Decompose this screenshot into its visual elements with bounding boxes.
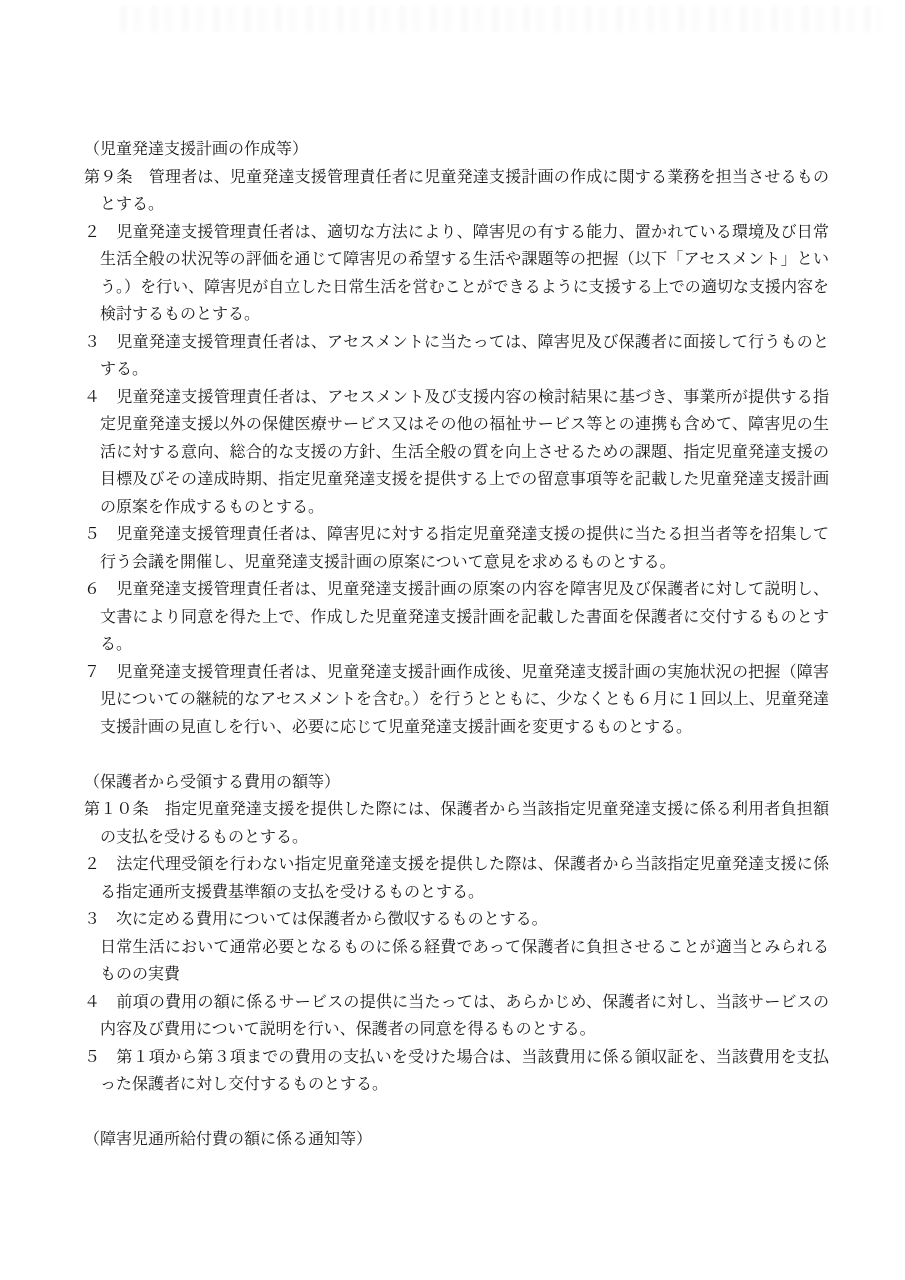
document-content: （児童発達支援計画の作成等） 第９条 管理者は、児童発達支援管理責任者に児童発達… (84, 136, 829, 1154)
section-heading-article-11: （障害児通所給付費の額に係る通知等） (84, 1126, 829, 1154)
section-heading-article-10: （保護者から受領する費用の額等） (84, 769, 829, 797)
article-10-paragraph-3: ３ 次に定める費用については保護者から徴収するものとする。 (84, 906, 829, 934)
article-9-paragraph-6: ６ 児童発達支援管理責任者は、児童発達支援計画の原案の内容を障害児及び保護者に対… (84, 576, 829, 659)
section-article-10: （保護者から受領する費用の額等） 第１０条 指定児童発達支援を提供した際には、保… (84, 769, 829, 1099)
document-page: （児童発達支援計画の作成等） 第９条 管理者は、児童発達支援管理責任者に児童発達… (0, 0, 905, 1280)
article-10-paragraph-3-subclause: 日常生活において通常必要となるものに係る経費であって保護者に負担させることが適当… (84, 934, 829, 989)
article-10-paragraph-2: ２ 法定代理受領を行わない指定児童発達支援を提供した際は、保護者から当該指定児童… (84, 851, 829, 906)
article-9-paragraph-2: ２ 児童発達支援管理責任者は、適切な方法により、障害児の有する能力、置かれている… (84, 219, 829, 329)
article-9-paragraph-1: 第９条 管理者は、児童発達支援管理責任者に児童発達支援計画の作成に関する業務を担… (84, 164, 829, 219)
section-article-11: （障害児通所給付費の額に係る通知等） (84, 1126, 829, 1154)
article-9-paragraph-5: ５ 児童発達支援管理責任者は、障害児に対する指定児童発達支援の提供に当たる担当者… (84, 521, 829, 576)
article-10-paragraph-5: ５ 第１項から第３項までの費用の支払いを受けた場合は、当該費用に係る領収証を、当… (84, 1044, 829, 1099)
section-article-9: （児童発達支援計画の作成等） 第９条 管理者は、児童発達支援管理責任者に児童発達… (84, 136, 829, 741)
scan-artifact (120, 6, 880, 32)
article-10-paragraph-1: 第１０条 指定児童発達支援を提供した際には、保護者から当該指定児童発達支援に係る… (84, 796, 829, 851)
article-9-paragraph-7: ７ 児童発達支援管理責任者は、児童発達支援計画作成後、児童発達支援計画の実施状況… (84, 659, 829, 742)
article-10-paragraph-4: ４ 前項の費用の額に係るサービスの提供に当たっては、あらかじめ、保護者に対し、当… (84, 989, 829, 1044)
section-heading-article-9: （児童発達支援計画の作成等） (84, 136, 829, 164)
article-9-paragraph-4: ４ 児童発達支援管理責任者は、アセスメント及び支援内容の検討結果に基づき、事業所… (84, 384, 829, 522)
article-9-paragraph-3: ３ 児童発達支援管理責任者は、アセスメントに当たっては、障害児及び保護者に面接し… (84, 329, 829, 384)
